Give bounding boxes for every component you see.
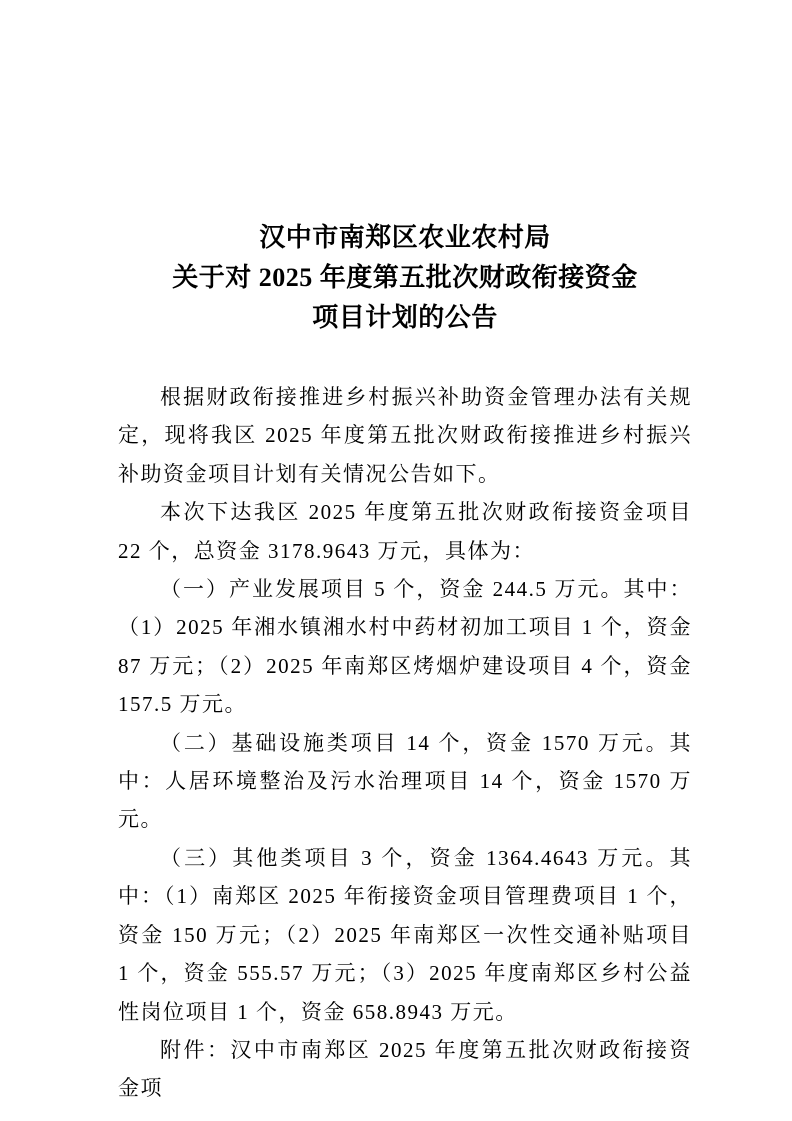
body-paragraph-summary: 本次下达我区 2025 年度第五批次财政衔接资金项目 22 个，总资金 3178… (118, 493, 692, 570)
doc-body: 根据财政衔接推进乡村振兴补助资金管理办法有关规定，现将我区 2025 年度第五批… (0, 378, 792, 1108)
body-paragraph-category-2: （二）基础设施类项目 14 个，资金 1570 万元。其中：人居环境整治及污水治… (118, 724, 692, 839)
body-paragraph-category-1: （一）产业发展项目 5 个，资金 244.5 万元。其中：（1）2025 年湘水… (118, 570, 692, 724)
document-page: 汉中市南郑区农业农村局 关于对 2025 年度第五批次财政衔接资金 项目计划的公… (0, 0, 792, 1121)
doc-title-line-1: 汉中市南郑区农业农村局 (118, 218, 692, 258)
body-paragraph-category-3: （三）其他类项目 3 个，资金 1364.4643 万元。其中：（1）南郑区 2… (118, 839, 692, 1031)
doc-title-line-3: 项目计划的公告 (118, 298, 692, 338)
body-paragraph-intro: 根据财政衔接推进乡村振兴补助资金管理办法有关规定，现将我区 2025 年度第五批… (118, 378, 692, 493)
body-paragraph-attachment: 附件：汉中市南郑区 2025 年度第五批次财政衔接资金项 (118, 1031, 692, 1108)
doc-title: 汉中市南郑区农业农村局 关于对 2025 年度第五批次财政衔接资金 项目计划的公… (0, 0, 792, 338)
doc-title-line-2: 关于对 2025 年度第五批次财政衔接资金 (118, 258, 692, 298)
